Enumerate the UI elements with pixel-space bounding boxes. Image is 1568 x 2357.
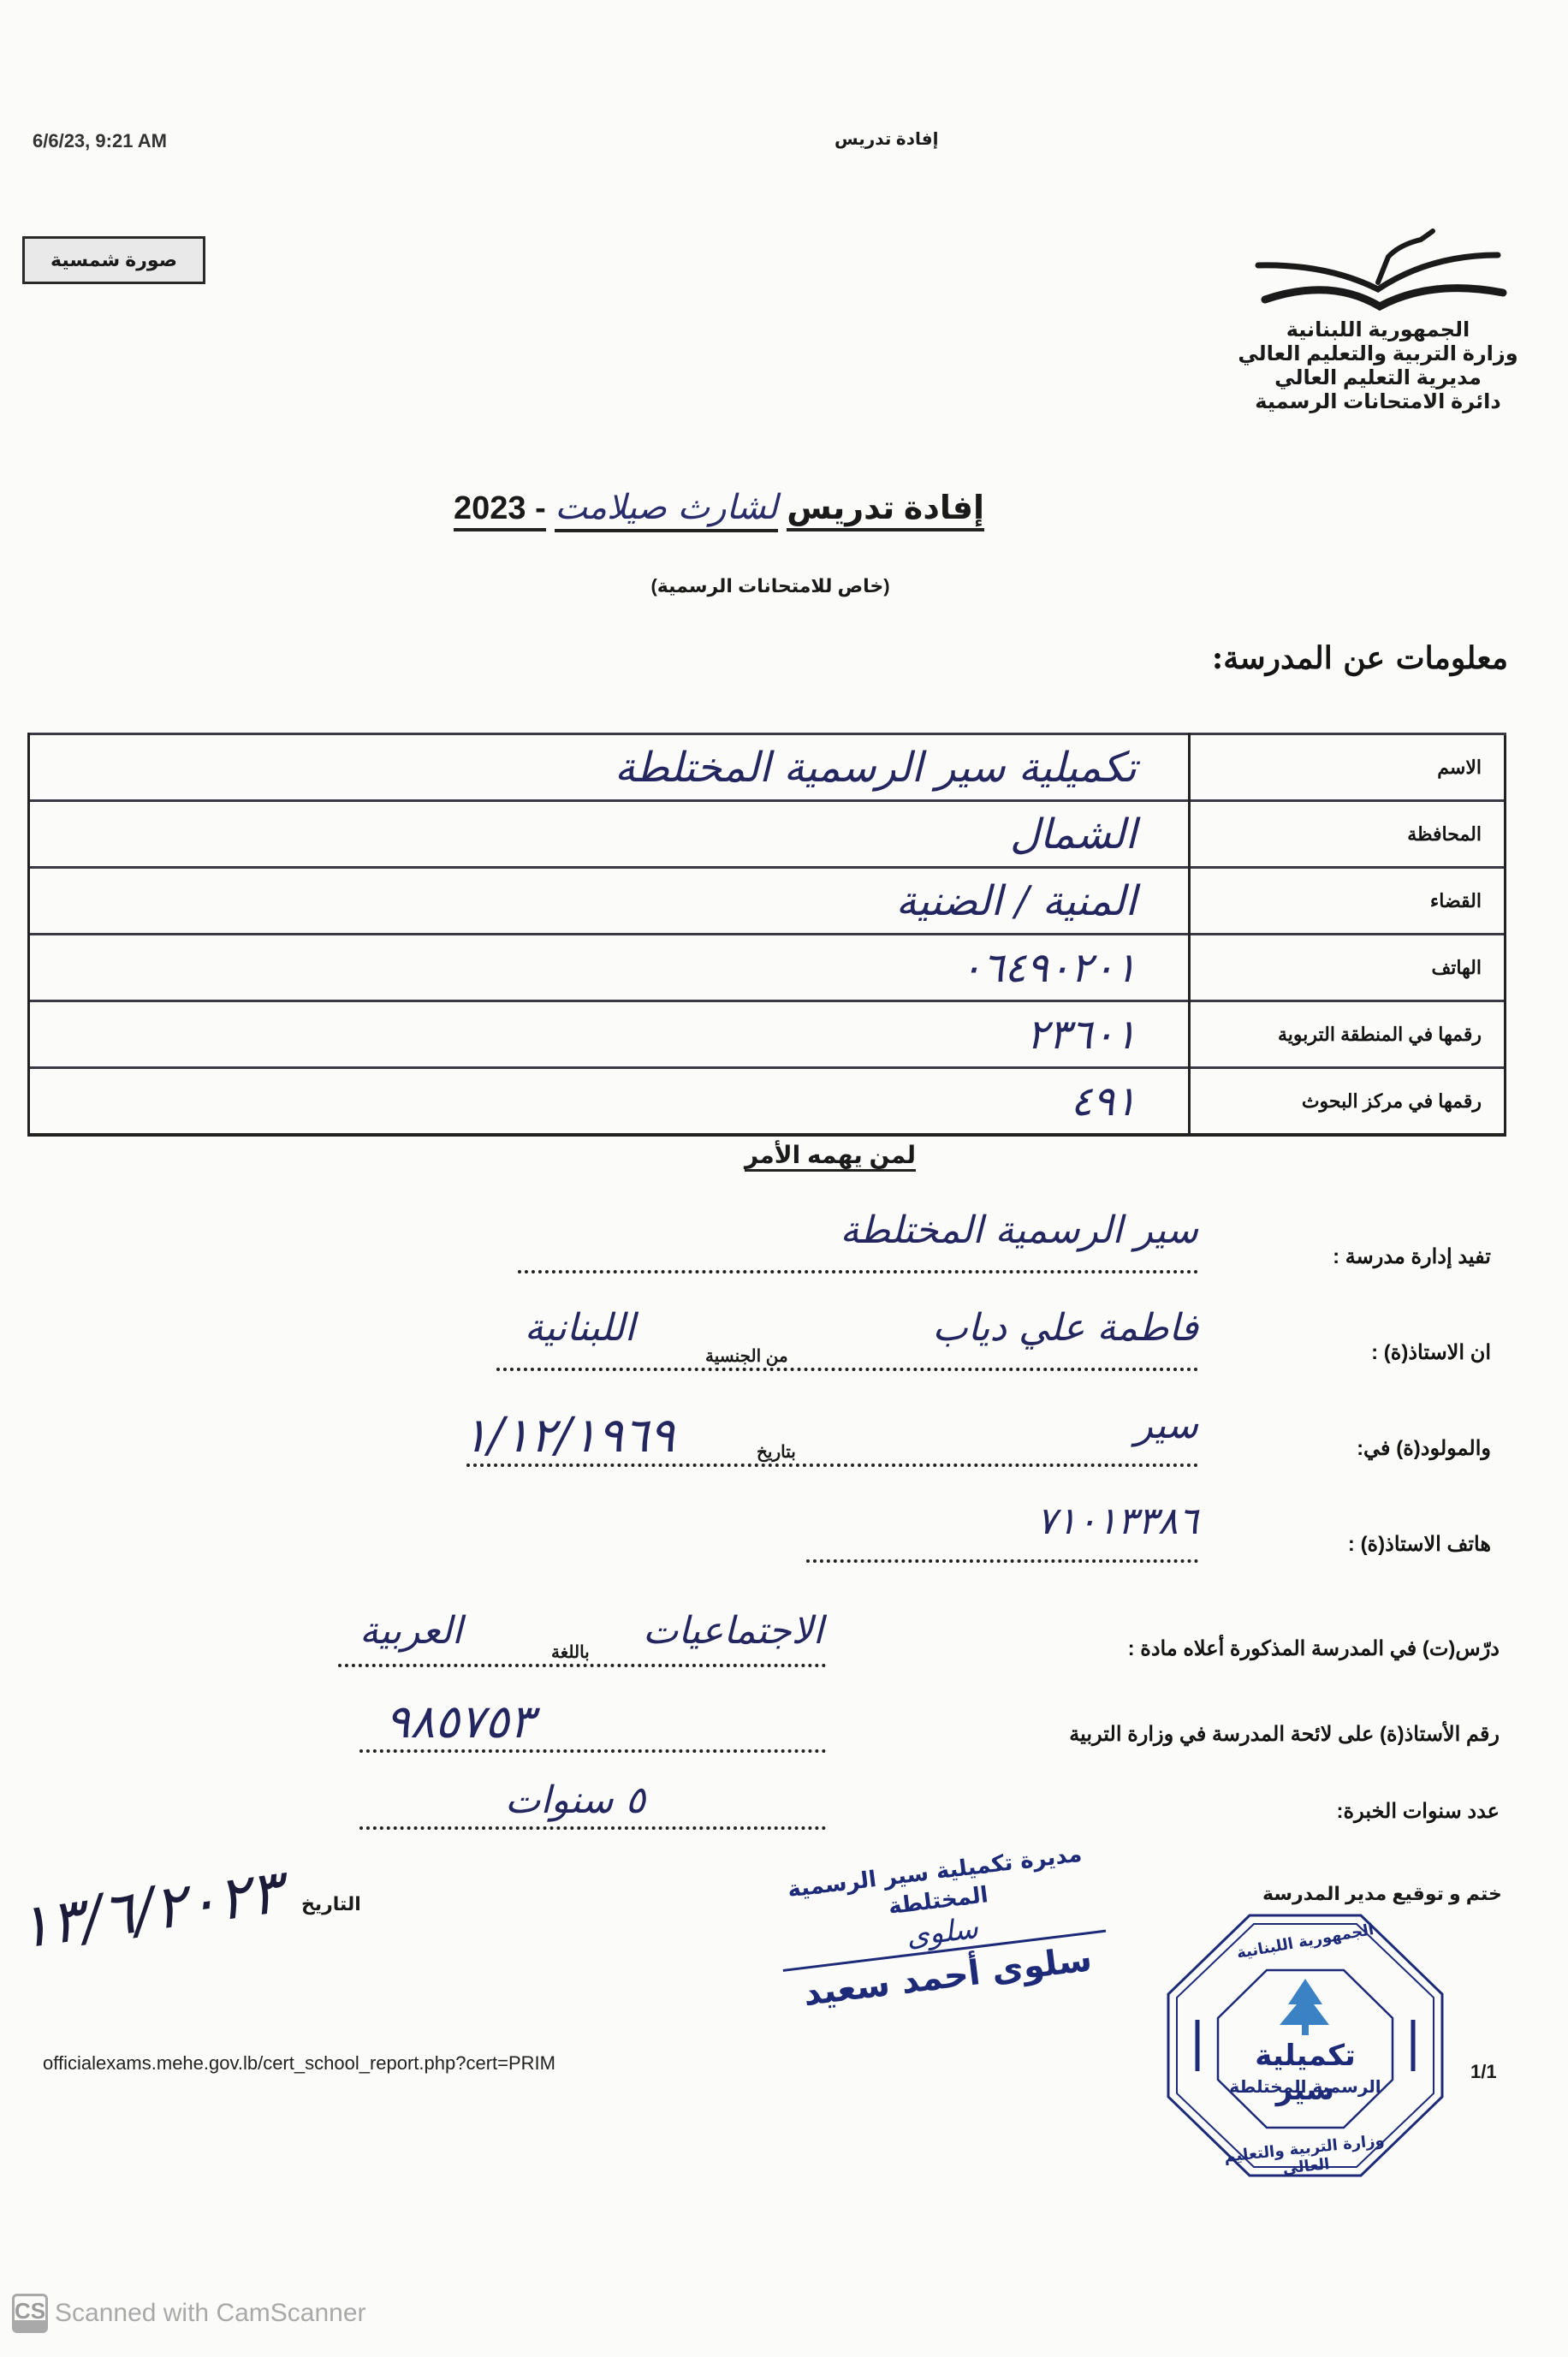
table-row: الاسم تكميلية سير الرسمية المختلطة bbox=[29, 734, 1506, 801]
school-stamp: تكميلية سير الرسمية المختلطة الجمهورية ا… bbox=[1160, 1909, 1451, 2182]
field-value-school-admin: سير الرسمية المختلطة bbox=[840, 1208, 1198, 1252]
camscanner-watermark: CS Scanned with CamScanner bbox=[12, 2294, 366, 2333]
field-value-birth-place: سير bbox=[1135, 1404, 1198, 1447]
camscanner-logo-icon: CS bbox=[12, 2294, 48, 2333]
field-value-experience-years: ٥ سنوات bbox=[505, 1778, 645, 1822]
date-label: التاريخ bbox=[301, 1893, 361, 1915]
to-whom-it-may-concern-heading: لمن يهمه الأمر bbox=[745, 1141, 916, 1172]
ministry-line: الجمهورية اللبنانية bbox=[1232, 318, 1523, 342]
field-label-teacher: ان الاستاذ(ة) : bbox=[1371, 1340, 1491, 1365]
ministry-header: الجمهورية اللبنانية وزارة التربية والتعل… bbox=[1232, 318, 1523, 414]
field-label-teacher-phone: هاتف الاستاذ(ة) : bbox=[1348, 1532, 1491, 1557]
cedar-tree-icon bbox=[1280, 1979, 1329, 2035]
stamp-school-line2: الرسمية المختلطة bbox=[1228, 2076, 1382, 2097]
date-value: ١٣/٦/٢٠٢٣ bbox=[14, 1856, 287, 1962]
photo-placeholder-box: صورة شمسية bbox=[22, 236, 205, 284]
page-count: 1/1 bbox=[1470, 2061, 1497, 2083]
document-title: إفادة تدريس لشارث صيلامت - 2023 bbox=[411, 488, 1027, 527]
row-label-region-number: رقمها في المنطقة التربوية bbox=[1190, 1001, 1506, 1068]
row-label-district: القضاء bbox=[1190, 868, 1506, 935]
row-label-name: الاسم bbox=[1190, 734, 1506, 801]
field-line-birth bbox=[466, 1463, 1198, 1467]
row-value-phone: ٠٦٤٩٠٢٠١ bbox=[29, 935, 1190, 1001]
row-value-region-number: ٢٣٦٠١ bbox=[29, 1001, 1190, 1068]
ministry-book-logo-icon bbox=[1250, 221, 1515, 315]
field-line-school-admin bbox=[518, 1270, 1198, 1273]
field-line-experience-years bbox=[359, 1826, 826, 1830]
table-row: رقمها في المنطقة التربوية ٢٣٦٠١ bbox=[29, 1001, 1506, 1068]
row-label-phone: الهاتف bbox=[1190, 935, 1506, 1001]
row-value-district: المنية / الضنية bbox=[29, 868, 1190, 935]
field-value-birth-date: ١/١٢/١٩٦٩ bbox=[462, 1408, 674, 1463]
school-info-table: الاسم تكميلية سير الرسمية المختلطة المحا… bbox=[27, 733, 1506, 1137]
document-subtitle: (خاص للامتحانات الرسمية) bbox=[514, 575, 1027, 597]
title-prefix: إفادة تدريس bbox=[787, 490, 984, 531]
camscanner-text: Scanned with CamScanner bbox=[55, 2299, 366, 2328]
field-line-teacher bbox=[496, 1368, 1198, 1371]
field-label-experience-years: عدد سنوات الخبرة: bbox=[1337, 1799, 1500, 1824]
field-value-nationality: اللبنانية bbox=[525, 1306, 635, 1350]
principal-signature-block: مديرة تكميلية سير الرسمية المختلطة سلوى … bbox=[746, 1835, 1137, 2019]
field-label-school-admin: تفيد إدارة مدرسة : bbox=[1333, 1244, 1491, 1269]
stamp-school-line1: تكميلية سير bbox=[1228, 2039, 1382, 2107]
table-row: رقمها في مركز البحوث ٤٩١ bbox=[29, 1068, 1506, 1136]
ministry-line: مديرية التعليم العالي bbox=[1232, 366, 1523, 390]
table-row: المحافظة الشمال bbox=[29, 801, 1506, 868]
print-footer-url: officialexams.mehe.gov.lb/cert_school_re… bbox=[43, 2052, 555, 2075]
field-inline-language-label: باللغة bbox=[548, 1642, 593, 1663]
table-row: القضاء المنية / الضنية bbox=[29, 868, 1506, 935]
field-label-subject: درّس(ت) في المدرسة المذكورة أعلاه مادة : bbox=[1128, 1636, 1500, 1661]
field-inline-nationality-label: من الجنسية bbox=[702, 1345, 792, 1367]
row-value-governorate: الشمال bbox=[29, 801, 1190, 868]
row-value-name: تكميلية سير الرسمية المختلطة bbox=[29, 734, 1190, 801]
field-value-teacher-phone: ٧١٠١٣٣٨٦ bbox=[1036, 1499, 1198, 1543]
field-value-teacher-name: فاطمة علي دياب bbox=[932, 1306, 1198, 1350]
ministry-line: دائرة الامتحانات الرسمية bbox=[1232, 390, 1523, 414]
photo-box-label: صورة شمسية bbox=[50, 249, 177, 271]
field-line-ministry-number bbox=[359, 1749, 826, 1753]
print-timestamp: 6/6/23, 9:21 AM bbox=[33, 130, 167, 152]
title-handwritten: لشارث صيلامت bbox=[555, 488, 777, 532]
section-heading-school-info: معلومات عن المدرسة: bbox=[1212, 640, 1508, 676]
title-year: - 2023 bbox=[454, 490, 546, 531]
row-label-research-center-number: رقمها في مركز البحوث bbox=[1190, 1068, 1506, 1136]
field-label-birth-place: والمولود(ة) في: bbox=[1357, 1436, 1491, 1461]
table-row: الهاتف ٠٦٤٩٠٢٠١ bbox=[29, 935, 1506, 1001]
ministry-line: وزارة التربية والتعليم العالي bbox=[1232, 342, 1523, 366]
field-line-subject bbox=[338, 1664, 826, 1667]
field-line-teacher-phone bbox=[806, 1559, 1198, 1563]
print-page-title: إفادة تدريس bbox=[834, 128, 938, 150]
row-label-governorate: المحافظة bbox=[1190, 801, 1506, 868]
field-value-subject: الاجتماعيات bbox=[643, 1609, 823, 1653]
row-value-research-center-number: ٤٩١ bbox=[29, 1068, 1190, 1136]
field-value-language: العربية bbox=[359, 1609, 462, 1653]
stamp-label: ختم و توقيع مدير المدرسة bbox=[1262, 1883, 1502, 1905]
field-inline-birth-date-label: بتاريخ bbox=[753, 1441, 799, 1463]
field-value-ministry-number: ٩٨٥٧٥٣ bbox=[385, 1695, 534, 1748]
field-label-ministry-number: رقم الأستاذ(ة) على لائحة المدرسة في وزار… bbox=[1069, 1722, 1500, 1747]
